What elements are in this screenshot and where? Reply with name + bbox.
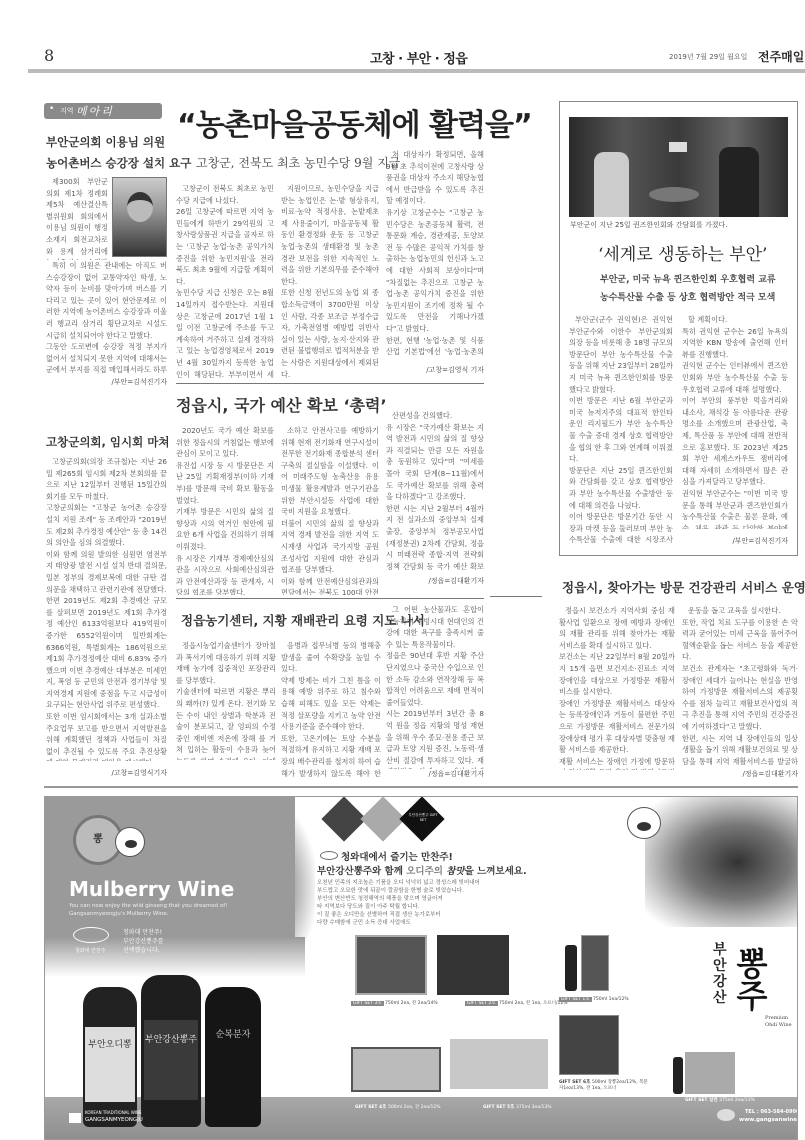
mulberry-photo [645, 797, 798, 927]
person-left [594, 152, 629, 217]
page-header: 8 고창 · 부안 · 정읍 2019년 7월 29일 월요일 전주매일 [44, 46, 805, 66]
buan-council-lead: 제300회 부안군의회 제1차 정례회 제5차 예산결산특별위원회 회의에서 이… [46, 176, 108, 260]
paper-name: 전주매일 [758, 48, 804, 65]
ad-headline-2a: 부안강산뽕주와 함께 [317, 866, 406, 877]
mascot-icon [115, 827, 145, 857]
gift-set-4-spec: 500ml 2ea, 잔 2ea/12% [388, 1105, 441, 1110]
page-number: 8 [44, 46, 54, 65]
column-label-box: • 지역 메아리 [44, 103, 162, 119]
tv-screen [669, 142, 687, 152]
ad-headline-2d: 을 느껴보세요. [465, 866, 527, 877]
photo-caption: 부안군이 지난 25일 퀸즈한인회와 간담회를 가졌다. [570, 220, 728, 230]
byline-jeongeup-budget: /정읍=김대환기자 [386, 576, 484, 586]
bottle-3-label: 순복분자 [207, 1027, 259, 1047]
blue-house-logo-icon [73, 927, 109, 943]
product-box-2 [437, 935, 509, 995]
advertisement[interactable]: 뽕 Mulberry Wine You can now enjoy the wi… [44, 796, 798, 1140]
jeongeup-budget-col1: 2020년도 국가 예산 확보를 위한 정읍시의 거침없는 행보에 관심이 모이… [176, 425, 274, 595]
column-label-small: 지역 [60, 106, 74, 116]
divider-right [490, 596, 542, 597]
calligraphy-small: 부안강산 [713, 942, 727, 1006]
product-wine-1 [565, 945, 577, 991]
gift-set-3: GIFT SET 3호 750ml 2ea, 잔 2ea/14% [351, 1000, 438, 1006]
product-box-6 [559, 1015, 619, 1075]
bottle-2: 부안강산뽕주 [141, 975, 201, 1127]
buan-world-col1: 부안군(군수 권익현)은 권익현 부안군수와 이한수 부안군의회 의장 등을 비… [569, 314, 673, 544]
product-set-general [685, 1052, 735, 1094]
ad-headline-2c: 참맛 [446, 866, 464, 877]
calligraphy-big: 뽕주 [733, 947, 767, 1011]
company-en: GANGSANMYEONGJU [85, 1117, 143, 1123]
gift-set-2: GIFT SET 2호 750ml 2ea, 잔 1ea, 오프너/12% [465, 1000, 568, 1006]
product-box-5 [450, 1039, 548, 1089]
section-title: 고창 · 부안 · 정읍 [370, 48, 467, 67]
headline-jeongeup-budget: 정읍시, 국가 예산 확보 ‘총력’ [176, 393, 387, 416]
portrait-face [127, 192, 153, 222]
headline-gochang-council: 고창군의회, 임시회 마쳐 [46, 434, 169, 450]
product-box-3 [355, 935, 427, 995]
ad-headline-2: 부안강산뽕주와 함께 오디주의 참맛을 느껴보세요. [317, 863, 527, 877]
subhead-buan-world-1: 부안군, 미국 뉴욕 퀸즈한인회 우호협력 교류 [600, 272, 776, 285]
jeongeup-center-col3: 그 어떤 농산물과도 혼합이 가능하며 웰빙시대 현대인의 건강에 대한 욕구를… [386, 604, 484, 769]
subhead-buan-world-2: 농수특산물 수출 등 상호 협력방안 적극 모색 [600, 290, 775, 303]
ad-headline-1: 청와대에서 즐기는 만찬주! [341, 849, 453, 863]
gift-set-7-spec: 375ml 2ea/13% [719, 1098, 755, 1103]
small-bottle [673, 1057, 683, 1094]
header-rule [28, 69, 805, 73]
headline-farm-community: “농촌마을공동체에 활력을” [177, 100, 532, 144]
jeongeup-health-col1: 정읍시 보건소가 지역사회 중심 재활사업 일환으로 장애 예방과 장애인의 재… [559, 605, 675, 770]
farm-community-col3: 쳐 대상자가 확정되면, 올해 9월 초 추석이전에 고창사랑 상품권을 대상자… [386, 149, 484, 359]
table [649, 187, 699, 202]
jeongeup-budget-col3: 산편성을 건의했다. 유 시장은 "국가예산 확보는 지역 발전과 시민의 삶의… [386, 410, 484, 570]
company-logo-icon [69, 1113, 81, 1123]
gift-set-1-spec: 750ml 1ea/12% [593, 997, 629, 1002]
byline-farm-community: /고창=김영식 기자 [386, 365, 484, 375]
issue-date: 2019년 7월 29일 월요일 [669, 52, 747, 62]
byline-gochang-council: /고창=김영식기자 [46, 768, 167, 778]
gift-set-4-label: GIFT SET 4호 [355, 1105, 387, 1110]
bullet-icon: • [49, 104, 54, 114]
jeongeup-budget-col2: 소하고 안전사고를 예방하기 위해 현재 전기화재 연구시설이 전무한 전기화재… [281, 425, 379, 595]
gift-set-7: GIFT SET 일반 375ml 2ea/13% [685, 1097, 755, 1103]
gift-set-1: GIFT SET 1호 750ml 1ea/12% [559, 996, 629, 1002]
product-box-4 [351, 1047, 441, 1092]
jeongeup-center-col2: 음병과 접무늬병 등의 병해충 발생을 줄여 수확량을 높일 수 있다. 약제 … [281, 640, 381, 780]
ad-left-lower [45, 937, 305, 977]
headline-jeongeup-health: 정읍시, 찾아가는 방문 건강관리 서비스 운영 [562, 578, 805, 596]
chosen-text-3: 선택했습니다. [123, 945, 160, 954]
gift-set-4: GIFT SET 4호 500ml 2ea, 잔 2ea/12% [355, 1104, 441, 1110]
bottle-1-label: 부안오디뽕 [85, 1027, 135, 1102]
farm-community-col1: 고창군이 전북도 최초로 농민수당 지급에 나섰다. 26일 고창군에 따르면 … [176, 183, 274, 378]
byline-buan-council: /부안=김석진기자 [46, 377, 167, 387]
council-member-photo [112, 177, 167, 257]
company-sub: KOREAN TRADITIONAL WINE [85, 1110, 142, 1115]
byline-jeongeup-health: /정읍=김대환기자 [682, 769, 798, 779]
chosen-text-2: 부안강산뽕주를 [123, 936, 164, 945]
bottle-1: 부안오디뽕 [83, 987, 137, 1127]
divider-center-1 [176, 383, 484, 384]
ad-tagline-1: You can now enjoy the wild ginseng that … [69, 903, 227, 909]
bottle-2-label: 부안강산뽕주 [144, 1020, 198, 1100]
byline-buan-world: /부안=김석진기자 [682, 536, 788, 546]
gift-set-2-spec: 750ml 2ea, 잔 1ea, 오프너/12% [499, 1001, 568, 1006]
blue-house-emblem-icon [320, 851, 338, 860]
mascot-nose [125, 840, 137, 848]
gochang-council-body: 고창군의회(의장 조규철)는 지난 26일 제265회 임시회 제2차 본회의를… [46, 456, 167, 761]
gift-set-7-label: GIFT SET 일반 [685, 1098, 718, 1103]
byline-jeongeup-center: /정읍=김대환기자 [386, 769, 484, 779]
logo-caption: 청와대 만찬주 [75, 947, 106, 954]
farm-community-col2: 지원이므로, 농민수당을 지급받는 농업인은 논·밭 형상유지, 비료·농약 적… [281, 183, 379, 378]
buan-council-body: 특히 이 의원은 관내에는 아직도 버스승강장이 없어 교통약자인 학생, 노약… [46, 260, 167, 374]
gift-set-5-label: GIFT SET 5호 [483, 1105, 515, 1110]
mascot-right-icon [627, 807, 661, 839]
ad-tagline-2: Gangsanmyeongju's Mulberry Wine. [69, 911, 168, 917]
mascot-right-nose [637, 822, 651, 831]
gift-set-5: GIFT SET 5호 375ml 3ea/13% [483, 1104, 552, 1110]
premium-label-1: Premium [765, 1015, 788, 1021]
buan-world-col2: 할 계획이다. 특히 권익현 군수는 26일 뉴욕의 지역한 KBN 방송에 출… [682, 314, 788, 529]
product-box-1 [581, 935, 609, 991]
gift-set-2-label: GIFT SET 2호 [465, 1001, 498, 1006]
meeting-photo [569, 117, 788, 217]
company-emblem-icon [717, 1109, 735, 1121]
ad-brand-en: Mulberry Wine [69, 877, 234, 901]
premium-label-2: Ohdi Wine [765, 1022, 792, 1028]
headline-buan-world: ‘세계로 생동하는 부안’ [598, 240, 767, 265]
gift-set-6: GIFT SET 6호 500ml 장뽕2ea/12%, 복분자1ea/13%,… [559, 1080, 649, 1092]
subhead-farm-community: 고창군, 전북도 최초 농민수당 9월 지급 [196, 154, 400, 171]
ad-top-rule [44, 786, 798, 788]
divider-center-2 [176, 598, 484, 599]
ad-tel: TEL : 063-584-0900 [745, 1109, 798, 1115]
jeongeup-center-col1: 정읍시농업기술센터가 장마철과 폭서기에 대응하기 위해 지황 재배 농가에 집… [176, 640, 276, 760]
headline-buan-council-1: 부안군의회 이용님 의원 [46, 134, 165, 150]
ad-description: 오천년 민족의 지조높은 기품을 오디 넉넉히 넓고 정성스레 빚어내어 부드럽… [317, 879, 547, 927]
headline-buan-council-2: 농어촌버스 승강장 설치 요구 [46, 155, 191, 171]
jeongeup-health-col2: 운동을 돕고 교육을 실시한다. 또한, 작업 치료 도구를 이용한 손 악력과… [682, 605, 798, 765]
bottle-3: 순복분자 [205, 987, 261, 1127]
ad-website[interactable]: www.gangsanwine.com [739, 1117, 798, 1123]
gift-set-3-label: GIFT SET 3호 [351, 1001, 384, 1006]
gift-set-1-label: GIFT SET 1호 [559, 997, 592, 1002]
person-right [719, 147, 759, 217]
gift-set-6-label: GIFT SET 6호 [559, 1080, 591, 1085]
chosen-text-1: 청와대 만찬주! [123, 927, 162, 936]
gift-set-5-spec: 375ml 3ea/13% [516, 1105, 552, 1110]
gift-set-3-spec: 750ml 2ea, 잔 2ea/14% [385, 1001, 438, 1006]
ad-headline-2b: 오디주의 [406, 866, 446, 877]
badge-text: 부안강산뽕주 GIFT SET [405, 813, 441, 822]
column-label-big: 메아리 [76, 103, 114, 119]
